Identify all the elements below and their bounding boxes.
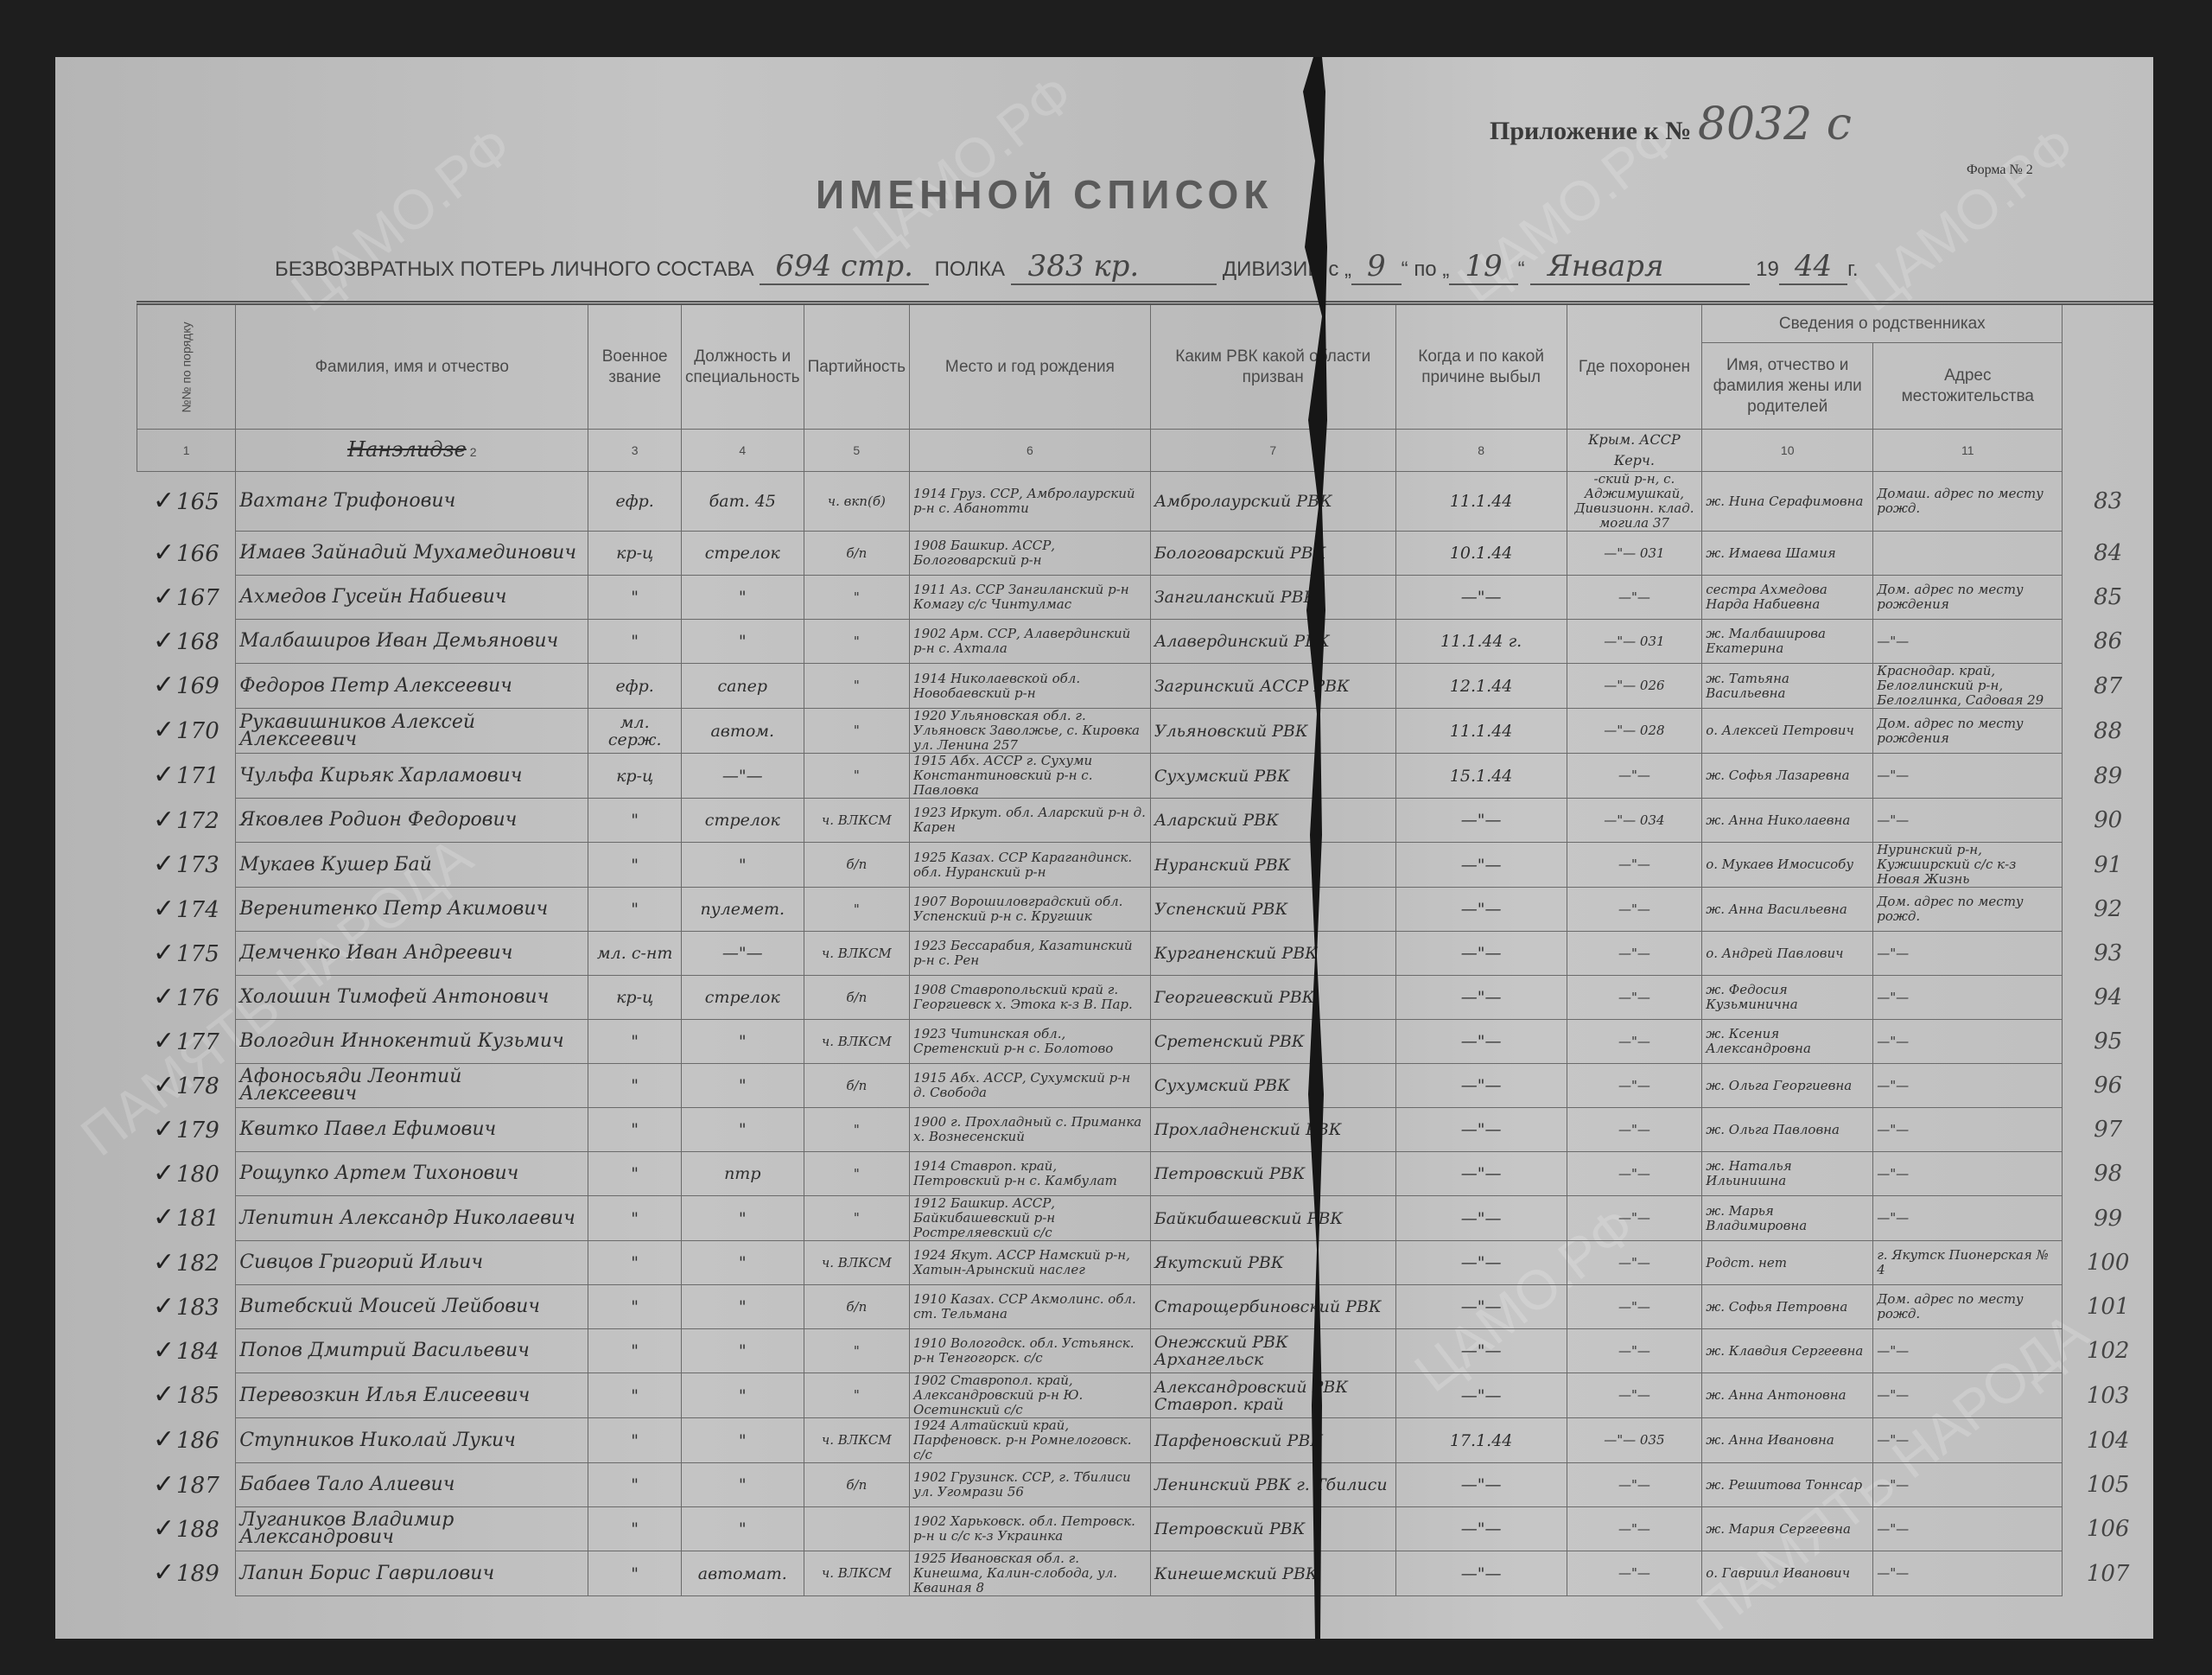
right-number: 101 [2063,1285,2153,1329]
burial-cell: —"— [1567,1196,1702,1241]
rvk-cell: Байкибашевский РВК [1150,1196,1395,1241]
soldier-name: Перевозкин Илья Елисеевич [236,1373,588,1418]
position-cell: автом. [681,709,804,754]
party-cell: " [804,620,909,664]
address-cell: Дом. адрес по месту рожд. [1873,888,2063,932]
right-number: 93 [2063,932,2153,976]
birth-cell: 1908 Башкир. АССР, Бологоварский р-н [910,532,1151,576]
rvk-cell: Ленинский РВК г. Тбилиси [1150,1463,1395,1507]
party-cell: ч. ВЛКСМ [804,1020,909,1064]
birth-cell: 1924 Алтайский край, Парфеновск. р-н Ром… [910,1418,1151,1463]
record-number: ✓175 [137,932,236,976]
header-surname-note: Нанэлидзе [347,437,467,462]
burial-cell: —"— [1567,1551,1702,1596]
birth-cell: 1914 Ставроп. край, Петровский р-н с. Ка… [910,1152,1151,1196]
position-cell: " [681,1373,804,1418]
soldier-name: Холошин Тимофей Антонович [236,976,588,1020]
archive-stamp: Приложение к № 8032 с [1490,99,1852,150]
header-num: №№ по порядку [137,303,236,430]
table-row: ✓188Лугаников Владимир Александрович""19… [137,1507,2154,1551]
record-number: ✓179 [137,1108,236,1152]
date-cell: —"— [1395,1152,1567,1196]
to-day: 19 [1449,249,1517,285]
relative-cell: ж. Нина Серафимовна [1702,472,1873,532]
table-row: ✓166Имаев Зайнадий Мухамединовичкр-цстре… [137,532,2154,576]
burial-cell: —"— [1567,1329,1702,1373]
relative-cell: ж. Анна Ивановна [1702,1418,1873,1463]
rank-cell: ефр. [588,472,682,532]
right-number: 100 [2063,1241,2153,1285]
record-number: ✓184 [137,1329,236,1373]
position-cell: " [681,1329,804,1373]
burial-cell: —"— [1567,888,1702,932]
position-cell: —"— [681,754,804,799]
address-cell: —"— [1873,1373,2063,1418]
right-number: 106 [2063,1507,2153,1551]
burial-cell: —"— 031 [1567,532,1702,576]
date-cell: 17.1.44 [1395,1418,1567,1463]
burial-cell: —"— [1567,754,1702,799]
position-cell: " [681,1285,804,1329]
birth-cell: 1902 Харьковск. обл. Петровск. р-н и с/с… [910,1507,1151,1551]
right-number: 105 [2063,1463,2153,1507]
position-cell: птр [681,1152,804,1196]
party-cell: ч. вкп(б) [804,472,909,532]
date-cell: 11.1.44 [1395,709,1567,754]
record-number: ✓168 [137,620,236,664]
checkmark-icon: ✓ [153,1292,175,1321]
record-number: ✓188 [137,1507,236,1551]
buried-note: Крым. АССР Керч. [1588,431,1680,468]
document-page: ЦАМО.РФ ЦАМО.РФ ЦАМО.РФ ЦАМО.РФ ЦАМО.РФ … [55,57,2153,1639]
relative-cell: ж. Ольга Георгиевна [1702,1064,1873,1108]
right-number: 91 [2063,843,2153,888]
position-cell: бат. 45 [681,472,804,532]
rank-cell: " [588,576,682,620]
burial-cell: —"— 034 [1567,799,1702,843]
position-cell: " [681,1108,804,1152]
checkmark-icon: ✓ [153,1203,175,1232]
record-number: ✓182 [137,1241,236,1285]
date-cell: —"— [1395,1373,1567,1418]
relative-cell: о. Алексей Петрович [1702,709,1873,754]
birth-cell: 1915 Абх. АССР, Сухумский р-н д. Свобода [910,1064,1151,1108]
col-number: Нанэлидзе 2 [236,430,588,472]
birth-cell: 1910 Казах. ССР Акмолинс. обл. ст. Тельм… [910,1285,1151,1329]
rank-cell: " [588,799,682,843]
date-cell: —"— [1395,843,1567,888]
table-row: ✓174Веренитенко Петр Акимович"пулемет."1… [137,888,2154,932]
col-number: 11 [1873,430,2063,472]
table-row: ✓184Попов Дмитрий Васильевич"""1910 Воло… [137,1329,2154,1373]
birth-cell: 1908 Ставропольский край г. Георгиевск х… [910,976,1151,1020]
rank-cell: " [588,843,682,888]
page-title: ИМЕННОЙ СПИСОК [816,171,1273,218]
position-cell: " [681,1020,804,1064]
checkmark-icon: ✓ [153,895,175,923]
rvk-cell: Сретенский РВК [1150,1020,1395,1064]
right-number: 94 [2063,976,2153,1020]
col-number: 1 [137,430,236,472]
date-cell: —"— [1395,1241,1567,1285]
date-cell: —"— [1395,1108,1567,1152]
party-cell: ч. ВЛКСМ [804,1241,909,1285]
date-cell: 15.1.44 [1395,754,1567,799]
relative-cell: ж. Наталья Ильинишна [1702,1152,1873,1196]
table-row: ✓169Федоров Петр Алексеевичефр.сапер"191… [137,664,2154,709]
birth-cell: 1910 Вологодск. обл. Устьянск. р-н Тенго… [910,1329,1151,1373]
address-cell: Дом. адрес по месту рождения [1873,709,2063,754]
birth-cell: 1924 Якут. АССР Намский р-н, Хатын-Арынс… [910,1241,1151,1285]
soldier-name: Яковлев Родион Федорович [236,799,588,843]
rank-cell: " [588,1241,682,1285]
position-cell: " [681,576,804,620]
table-row: ✓170Рукавишников Алексей Алексеевичмл. с… [137,709,2154,754]
date-cell: —"— [1395,1329,1567,1373]
party-cell: б/п [804,976,909,1020]
soldier-name: Сивцов Григорий Ильич [236,1241,588,1285]
rvk-cell: Александровский РВК Ставроп. край [1150,1373,1395,1418]
burial-cell: —"— [1567,1152,1702,1196]
table-row: ✓167Ахмедов Гусейн Набиевич"""1911 Аз. С… [137,576,2154,620]
address-cell: —"— [1873,1507,2063,1551]
table-row: ✓183Витебский Моисей Лейбович""б/п1910 К… [137,1285,2154,1329]
record-number: ✓189 [137,1551,236,1596]
watermark: ЦАМО.РФ [841,61,1085,272]
form-label: Форма № 2 [1967,162,2033,178]
soldier-name: Афоносьяди Леонтий Алексеевич [236,1064,588,1108]
position-cell: автомат. [681,1551,804,1596]
party-cell: б/п [804,1463,909,1507]
date-cell: —"— [1395,1463,1567,1507]
right-number: 87 [2063,664,2153,709]
position-cell: —"— [681,932,804,976]
position-cell: стрелок [681,799,804,843]
rank-cell: " [588,1373,682,1418]
checkmark-icon: ✓ [153,806,175,834]
stamp-printed: Приложение к № [1490,117,1691,145]
record-number: ✓173 [137,843,236,888]
table-row: ✓181Лепитин Александр Николаевич"""1912 … [137,1196,2154,1241]
burial-cell: —"— 028 [1567,709,1702,754]
header-birth: Место и год рождения [910,303,1151,430]
losses-table: №№ по порядку Фамилия, имя и отчество Во… [137,301,2153,1596]
checkmark-icon: ✓ [153,939,175,967]
soldier-name: Квитко Павел Ефимович [236,1108,588,1152]
soldier-name: Малбаширов Иван Демьянович [236,620,588,664]
address-cell: Нуринский р-н, Кужширский с/с к-з Новая … [1873,843,2063,888]
burial-cell: —"— [1567,1108,1702,1152]
soldier-name: Демченко Иван Андреевич [236,932,588,976]
address-cell: —"— [1873,1196,2063,1241]
regiment-value: 694 стр. [760,249,929,285]
burial-cell: —"— [1567,1507,1702,1551]
checkmark-icon: ✓ [153,538,175,567]
relative-cell: о. Андрей Павлович [1702,932,1873,976]
address-cell: —"— [1873,1108,2063,1152]
checkmark-icon: ✓ [153,716,175,744]
party-cell: " [804,1196,909,1241]
checkmark-icon: ✓ [153,487,175,515]
birth-cell: 1912 Башкир. АССР, Байкибашевский р-н Ро… [910,1196,1151,1241]
rank-cell: " [588,1285,682,1329]
address-cell: г. Якутск Пионерская № 4 [1873,1241,2063,1285]
from-day: 9 [1351,249,1402,285]
date-cell: —"— [1395,1064,1567,1108]
record-number: ✓186 [137,1418,236,1463]
table-row: ✓168Малбаширов Иван Демьянович"""1902 Ар… [137,620,2154,664]
date-cell: —"— [1395,932,1567,976]
position-cell: сапер [681,664,804,709]
address-cell: —"— [1873,1551,2063,1596]
rank-cell: " [588,620,682,664]
address-cell: Домаш. адрес по месту рожд. [1873,472,2063,532]
birth-cell: 1907 Ворошиловградский обл. Успенский р-… [910,888,1151,932]
birth-cell: 1914 Николаевской обл. Новобаевский р-н [910,664,1151,709]
record-number: ✓178 [137,1064,236,1108]
table-row: ✓173Мукаев Кушер Бай""б/п1925 Казах. ССР… [137,843,2154,888]
relative-cell: ж. Марья Владимировна [1702,1196,1873,1241]
party-cell: ч. ВЛКСМ [804,1418,909,1463]
soldier-name: Бабаев Тало Алиевич [236,1463,588,1507]
soldier-name: Рощупко Артем Тихонович [236,1152,588,1196]
soldier-name: Лугаников Владимир Александрович [236,1507,588,1551]
table-row: ✓171Чульфа Кирьяк Харламовичкр-ц—"—"1915… [137,754,2154,799]
soldier-name: Витебский Моисей Лейбович [236,1285,588,1329]
rank-cell: " [588,1020,682,1064]
header-rank: Военное звание [588,303,682,430]
date-cell: 11.1.44 г. [1395,620,1567,664]
checkmark-icon: ✓ [153,1115,175,1143]
party-cell: " [804,664,909,709]
header-relatives: Сведения о родственниках [1702,303,2063,343]
position-cell: стрелок [681,532,804,576]
soldier-name: Попов Дмитрий Васильевич [236,1329,588,1373]
birth-cell: 1902 Грузинск. ССР, г. Тбилиси ул. Угомр… [910,1463,1151,1507]
watermark: ЦАМО.РФ [1843,113,2088,324]
burial-cell: —"— [1567,1285,1702,1329]
table-row: ✓176Холошин Тимофей Антоновичкр-цстрелок… [137,976,2154,1020]
party-cell: б/п [804,843,909,888]
subtitle-prefix: БЕЗВОЗВРАТНЫХ ПОТЕРЬ ЛИЧНОГО СОСТАВА [275,258,754,281]
watermark: ЦАМО.РФ [279,113,524,324]
burial-cell: —"— [1567,976,1702,1020]
checkmark-icon: ✓ [153,1159,175,1188]
table-row: ✓185Перевозкин Илья Елисеевич"""1902 Ста… [137,1373,2154,1418]
position-cell: " [681,843,804,888]
record-number: ✓177 [137,1020,236,1064]
rvk-cell: Бологоварский РВК [1150,532,1395,576]
birth-cell: 1902 Ставропол. край, Александровский р-… [910,1373,1151,1418]
rank-cell: " [588,1196,682,1241]
header-when: Когда и по какой причине выбыл [1395,303,1567,430]
checkmark-icon: ✓ [153,761,175,789]
address-cell: —"— [1873,799,2063,843]
date-cell: 12.1.44 [1395,664,1567,709]
rank-cell: ефр. [588,664,682,709]
party-cell: ч. ВЛКСМ [804,932,909,976]
col-number: 7 [1150,430,1395,472]
party-cell: б/п [804,1064,909,1108]
checkmark-icon: ✓ [153,1248,175,1277]
checkmark-icon: ✓ [153,627,175,655]
address-cell: —"— [1873,976,2063,1020]
address-cell: —"— [1873,1020,2063,1064]
right-number: 84 [2063,532,2153,576]
checkmark-icon: ✓ [153,1558,175,1587]
rank-cell: " [588,1507,682,1551]
right-number: 88 [2063,709,2153,754]
year-prefix: 19 [1756,258,1779,281]
rank-cell: мл. с-нт [588,932,682,976]
date-cell: —"— [1395,976,1567,1020]
right-number: 98 [2063,1152,2153,1196]
relative-cell: ж. Мария Сергеевна [1702,1507,1873,1551]
table-row: ✓180Рощупко Артем Тихонович"птр"1914 Ста… [137,1152,2154,1196]
birth-cell: 1920 Ульяновская обл. г. Ульяновск Завол… [910,709,1151,754]
rank-cell: " [588,1064,682,1108]
rvk-cell: Сухумский РВК [1150,754,1395,799]
position-cell: " [681,1507,804,1551]
table-row: ✓172Яковлев Родион Федорович"стрелокч. В… [137,799,2154,843]
header-name: Фамилия, имя и отчество [236,303,588,430]
birth-cell: 1923 Читинская обл., Сретенский р-н с. Б… [910,1020,1151,1064]
party-cell: " [804,1373,909,1418]
month: Января [1530,249,1750,285]
col-number: 6 [910,430,1151,472]
table-row: ✓178Афоносьяди Леонтий Алексеевич""б/п19… [137,1064,2154,1108]
relative-cell: ж. Клавдия Сергеевна [1702,1329,1873,1373]
checkmark-icon: ✓ [153,983,175,1011]
position-cell: " [681,620,804,664]
col-number: 10 [1702,430,1873,472]
col-number: 4 [681,430,804,472]
relative-cell: ж. Решитова Тоннсар [1702,1463,1873,1507]
position-cell: " [681,1241,804,1285]
party-cell: ч. ВЛКСМ [804,1551,909,1596]
date-cell: 11.1.44 [1395,472,1567,532]
rvk-cell: Нуранский РВК [1150,843,1395,888]
soldier-name: Ахмедов Гусейн Набиевич [236,576,588,620]
date-cell: —"— [1395,888,1567,932]
birth-cell: 1925 Казах. ССР Карагандинск. обл. Нуран… [910,843,1151,888]
record-number: ✓185 [137,1373,236,1418]
record-number: ✓174 [137,888,236,932]
relative-cell: о. Мукаев Имосисобу [1702,843,1873,888]
checkmark-icon: ✓ [153,1425,175,1454]
rank-cell: " [588,1463,682,1507]
header-party: Партийность [804,303,909,430]
regiment-label: ПОЛКА [935,258,1005,281]
relative-cell: о. Гавриил Иванович [1702,1551,1873,1596]
soldier-name: Федоров Петр Алексеевич [236,664,588,709]
birth-cell: 1900 г. Прохладный с. Приманка х. Вознес… [910,1108,1151,1152]
rank-cell: " [588,1551,682,1596]
burial-cell: —"— [1567,1064,1702,1108]
position-cell: стрелок [681,976,804,1020]
header-relative-name: Имя, отчество и фамилия жены или родител… [1702,343,1873,430]
right-number: 102 [2063,1329,2153,1373]
burial-cell: —"— [1567,576,1702,620]
header-buried: Где похоронен [1567,303,1702,430]
record-number: ✓167 [137,576,236,620]
relative-cell: ж. Ольга Павловна [1702,1108,1873,1152]
address-cell: —"— [1873,620,2063,664]
address-cell: —"— [1873,1152,2063,1196]
date-cell: —"— [1395,1507,1567,1551]
table-row: ✓182Сивцов Григорий Ильич""ч. ВЛКСМ1924 … [137,1241,2154,1285]
relative-cell: ж. Анна Васильевна [1702,888,1873,932]
address-cell: —"— [1873,1064,2063,1108]
burial-cell: —"— 035 [1567,1418,1702,1463]
rvk-cell: Аларский РВК [1150,799,1395,843]
record-number: ✓170 [137,709,236,754]
checkmark-icon: ✓ [153,1380,175,1409]
right-number: 103 [2063,1373,2153,1418]
checkmark-icon: ✓ [153,1336,175,1365]
checkmark-icon: ✓ [153,1071,175,1099]
year: 44 [1779,249,1847,285]
party-cell: б/п [804,532,909,576]
subtitle-line: БЕЗВОЗВРАТНЫХ ПОТЕРЬ ЛИЧНОГО СОСТАВА 694… [275,249,1859,285]
date-cell: —"— [1395,1196,1567,1241]
table-row: ✓179Квитко Павел Ефимович"""1900 г. Прох… [137,1108,2154,1152]
year-suffix: г. [1847,258,1859,281]
address-cell: —"— [1873,1463,2063,1507]
birth-cell: 1911 Аз. ССР Зангиланский р-н Комагу с/с… [910,576,1151,620]
right-number: 99 [2063,1196,2153,1241]
position-cell: пулемет. [681,888,804,932]
rvk-cell: Георгиевский РВК [1150,976,1395,1020]
date-cell: —"— [1395,1020,1567,1064]
address-cell: Дом. адрес по месту рожд. [1873,1285,2063,1329]
rvk-cell: Курганенский РВК [1150,932,1395,976]
record-number: ✓169 [137,664,236,709]
address-cell: —"— [1873,1418,2063,1463]
burial-cell: -ский р-н, с. Аджимушкай, Дивизионн. кла… [1567,472,1702,532]
birth-cell: 1902 Арм. ССР, Алавердинский р-н с. Ахта… [910,620,1151,664]
record-number: ✓166 [137,532,236,576]
checkmark-icon: ✓ [153,1514,175,1543]
record-number: ✓180 [137,1152,236,1196]
right-number: 104 [2063,1418,2153,1463]
party-cell: " [804,1108,909,1152]
header-rvk: Каким РВК какой области призван [1150,303,1395,430]
record-number: ✓183 [137,1285,236,1329]
soldier-name: Лепитин Александр Николаевич [236,1196,588,1241]
burial-cell: —"— 026 [1567,664,1702,709]
position-cell: " [681,1463,804,1507]
party-cell: ч. ВЛКСМ [804,799,909,843]
rank-cell: кр-ц [588,754,682,799]
rvk-cell: Алавердинский РВК [1150,620,1395,664]
right-number: 83 [2063,472,2153,532]
relative-cell: ж. Анна Николаевна [1702,799,1873,843]
address-cell [1873,532,2063,576]
position-cell: " [681,1196,804,1241]
rvk-cell: Якутский РВК [1150,1241,1395,1285]
checkmark-icon: ✓ [153,583,175,611]
burial-cell: —"— [1567,1373,1702,1418]
table-row: ✓165Вахтанг Трифоновичефр.бат. 45ч. вкп(… [137,472,2154,532]
party-cell: " [804,576,909,620]
rvk-cell: Ульяновский РВК [1150,709,1395,754]
position-cell: " [681,1064,804,1108]
checkmark-icon: ✓ [153,671,175,699]
right-number: 97 [2063,1108,2153,1152]
burial-cell: —"— [1567,1463,1702,1507]
rank-cell: " [588,888,682,932]
